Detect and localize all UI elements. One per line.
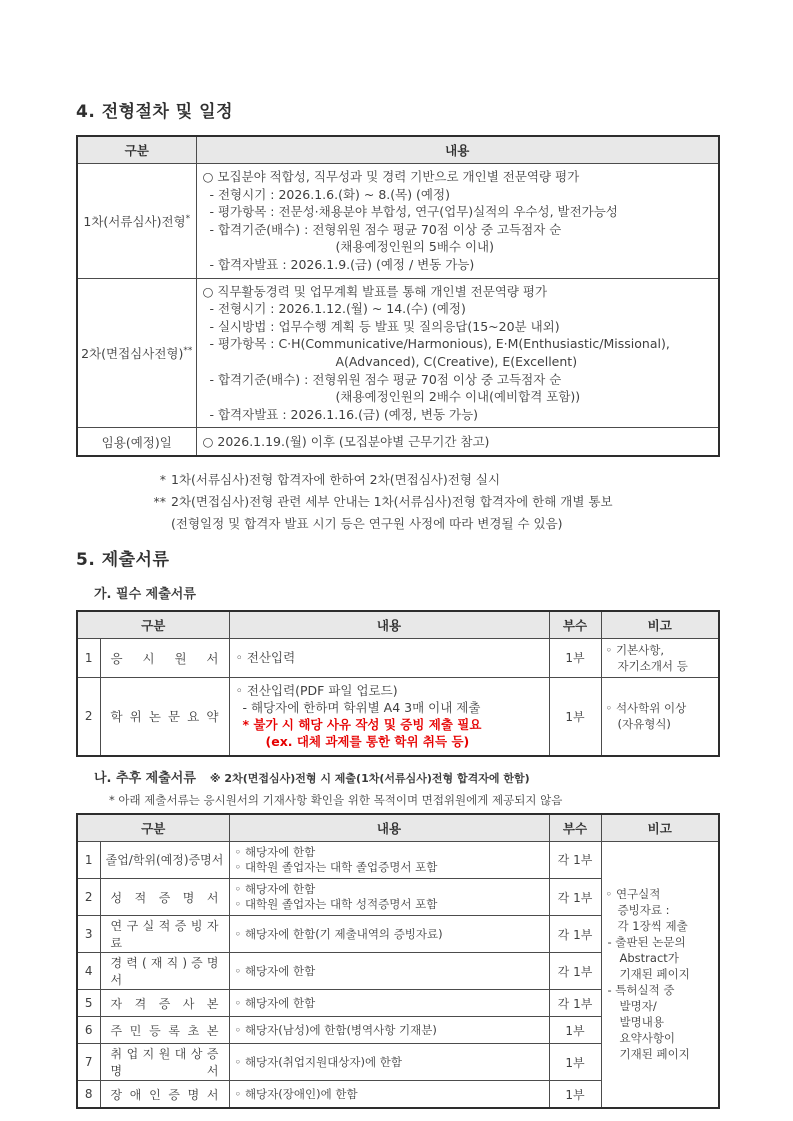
document-label: 성 적 증 명 서	[102, 889, 228, 906]
table-row: 1졸업/학위(예정)증명서◦ 해당자에 한함◦ 대학원 졸업자는 대학 졸업증명…	[77, 841, 719, 878]
row-number: 1	[77, 638, 100, 677]
document-content: 4. 전형절차 및 일정 구분내용1차(서류심사)전형*○ 모집분야 적합성, …	[76, 0, 718, 1109]
footnote: *1차(서류심사)전형 합격자에 한하여 2차(면접심사)전형 실시	[144, 469, 718, 491]
content-line: ◦ 해당자에 한함	[235, 882, 544, 897]
col-header-1: 내용	[196, 136, 719, 164]
document-label-cell: 주 민 등 록 초 본	[100, 1017, 229, 1044]
remark-line: ◦ 석사학위 이상	[606, 700, 715, 716]
row-number: 5	[77, 990, 100, 1017]
content-line: ◦ 해당자에 한함	[235, 845, 544, 860]
col-header-bigo: 비고	[601, 611, 719, 639]
stage-content: ○ 모집분야 적합성, 직무성과 및 경력 기반으로 개인별 전문역량 평가- …	[196, 164, 719, 279]
content-line: ◦ 해당자에 한함	[235, 964, 544, 979]
document-label-cell: 응 시 원 서	[100, 638, 229, 677]
remark-line: - 특허실적 중	[606, 982, 715, 998]
content-line: ○ 직무활동경력 및 업무계획 발표를 통해 개인별 전문역량 평가	[203, 283, 713, 301]
remark-line: - 출판된 논문의	[606, 934, 715, 950]
content-line: ◦ 대학원 졸업자는 대학 졸업증명서 포함	[235, 860, 544, 875]
footnote-marker: *	[144, 469, 166, 491]
document-label-cell: 자 격 증 사 본	[100, 990, 229, 1017]
selection-process-table-body: 구분내용1차(서류심사)전형*○ 모집분야 적합성, 직무성과 및 경력 기반으…	[77, 136, 719, 456]
stage-label: 2차(면접심사전형)**	[77, 278, 196, 428]
content-line: (채용예정인원의 5배수 이내)	[203, 238, 713, 256]
copy-count: 각 1부	[549, 841, 601, 878]
section4-title: 4. 전형절차 및 일정	[76, 0, 718, 122]
content-line: ◦ 해당자(취업지원대상자)에 한함	[235, 1055, 544, 1070]
row-number: 8	[77, 1081, 100, 1108]
copy-count: 1부	[549, 1081, 601, 1108]
section5-title: 5. 제출서류	[76, 545, 718, 570]
content-line: ◦ 전산입력	[236, 649, 543, 666]
content-line: (채용예정인원의 2배수 이내(예비합격 포함))	[203, 388, 713, 406]
remark-cell-merged: ◦ 연구실적증빙자료 :각 1장씩 제출- 출판된 논문의Abstract가기재…	[601, 841, 719, 1108]
remark-line: 자기소개서 등	[606, 658, 715, 674]
remark-line: 기재된 페이지	[606, 966, 715, 982]
stage-content: ○ 직무활동경력 및 업무계획 발표를 통해 개인별 전문역량 평가- 전형시기…	[196, 278, 719, 428]
document-label-cell: 연 구 실 적 증 빙 자 료	[100, 916, 229, 953]
content-line: A(Advanced), C(Creative), E(Excellent)	[203, 353, 713, 371]
copy-count: 1부	[549, 1044, 601, 1081]
col-header-gubun: 구분	[77, 814, 229, 842]
remark-line: 각 1장씩 제출	[606, 918, 715, 934]
document-label: 취 업 지 원 대 상 증 명 서	[102, 1045, 228, 1079]
footnote-text: (전형일정 및 합격자 발표 시기 등은 연구원 사정에 따라 변경될 수 있음…	[171, 513, 563, 535]
row-number: 3	[77, 916, 100, 953]
footnote: (전형일정 및 합격자 발표 시기 등은 연구원 사정에 따라 변경될 수 있음…	[144, 513, 718, 535]
copy-count: 각 1부	[549, 916, 601, 953]
col-header-naeyong: 내용	[229, 611, 549, 639]
document-label: 주 민 등 록 초 본	[102, 1022, 228, 1039]
remark-line: 발명자/	[606, 998, 715, 1014]
stage-content: ○ 2026.1.19.(월) 이후 (모집분야별 근무기간 참고)	[196, 428, 719, 456]
later-documents-inline-note: ※ 2차(면접심사)전형 시 제출(1차(서류심사)전형 합격자에 한함)	[210, 770, 530, 786]
document-content: ◦ 해당자에 한함◦ 대학원 졸업자는 대학 성적증명서 포함	[229, 879, 549, 916]
copy-count: 각 1부	[549, 879, 601, 916]
document-content: ◦ 해당자(취업지원대상자)에 한함	[229, 1044, 549, 1081]
content-line: - 합격기준(배수) : 전형위원 점수 평균 70점 이상 중 고득점자 순	[203, 371, 713, 389]
copy-count: 각 1부	[549, 953, 601, 990]
later-documents-heading: 나. 추후 제출서류 ※ 2차(면접심사)전형 시 제출(1차(서류심사)전형 …	[76, 767, 718, 786]
document-label-cell: 졸업/학위(예정)증명서	[100, 841, 229, 878]
col-header-busu: 부수	[549, 814, 601, 842]
col-header-busu: 부수	[549, 611, 601, 639]
document-label: 경 력 ( 재 직 ) 증 명 서	[102, 954, 228, 988]
document-label-cell: 경 력 ( 재 직 ) 증 명 서	[100, 953, 229, 990]
document-label: 응 시 원 서	[102, 649, 228, 667]
document-content: ◦ 해당자에 한함	[229, 990, 549, 1017]
table-row: 1차(서류심사)전형*○ 모집분야 적합성, 직무성과 및 경력 기반으로 개인…	[77, 164, 719, 279]
footnote-marker: **	[183, 346, 192, 356]
remark-line: 발명내용	[606, 1014, 715, 1030]
document-content: ◦ 전산입력(PDF 파일 업로드)- 해당자에 한하며 학위별 A4 3매 이…	[229, 677, 549, 755]
selection-footnotes: *1차(서류심사)전형 합격자에 한하여 2차(면접심사)전형 실시**2차(면…	[76, 469, 718, 535]
table-header-row: 구분내용	[77, 136, 719, 164]
remark-line: ◦ 연구실적	[606, 886, 715, 902]
remark-line: 증빙자료 :	[606, 902, 715, 918]
content-line: ◦ 해당자(남성)에 한함(병역사항 기재분)	[235, 1023, 544, 1038]
content-line: - 해당자에 한하며 학위별 A4 3매 이내 제출	[236, 699, 543, 716]
content-line: - 합격자발표 : 2026.1.16.(금) (예정, 변동 가능)	[203, 406, 713, 424]
required-documents-heading: 가. 필수 제출서류	[76, 583, 718, 602]
document-label: 학 위 논 문 요 약	[102, 707, 228, 725]
col-header-bigo: 비고	[601, 814, 719, 842]
table-row: 임용(예정)일○ 2026.1.19.(월) 이후 (모집분야별 근무기간 참고…	[77, 428, 719, 456]
footnote-text: 1차(서류심사)전형 합격자에 한하여 2차(면접심사)전형 실시	[171, 469, 500, 491]
content-line: - 실시방법 : 업무수행 계획 등 발표 및 질의응답(15~20분 내외)	[203, 318, 713, 336]
row-number: 2	[77, 677, 100, 755]
table-header-row: 구분내용부수비고	[77, 611, 719, 639]
required-documents-table-body: 구분내용부수비고1응 시 원 서◦ 전산입력1부◦ 기본사항,자기소개서 등2학…	[77, 611, 719, 756]
row-number: 7	[77, 1044, 100, 1081]
copy-count: 1부	[549, 638, 601, 677]
footnote-marker: **	[144, 491, 166, 513]
document-label: 연 구 실 적 증 빙 자 료	[102, 917, 228, 951]
content-line: ◦ 전산입력(PDF 파일 업로드)	[236, 682, 543, 699]
table-row: 2차(면접심사전형)**○ 직무활동경력 및 업무계획 발표를 통해 개인별 전…	[77, 278, 719, 428]
content-line: ◦ 해당자에 한함	[235, 996, 544, 1011]
remark-line: 기재된 페이지	[606, 1046, 715, 1062]
row-number: 4	[77, 953, 100, 990]
content-line: - 평가항목 : C·H(Communicative/Harmonious), …	[203, 335, 713, 353]
document-label-cell: 취 업 지 원 대 상 증 명 서	[100, 1044, 229, 1081]
later-documents-note: * 아래 제출서류는 응시원서의 기재사항 확인을 위한 목적이며 면접위원에게…	[76, 792, 718, 808]
copy-count: 1부	[549, 1017, 601, 1044]
content-line: - 합격기준(배수) : 전형위원 점수 평균 70점 이상 중 고득점자 순	[203, 221, 713, 239]
table-row: 2학 위 논 문 요 약◦ 전산입력(PDF 파일 업로드)- 해당자에 한하며…	[77, 677, 719, 755]
later-documents-table-body: 구분내용부수비고1졸업/학위(예정)증명서◦ 해당자에 한함◦ 대학원 졸업자는…	[77, 814, 719, 1108]
document-content: ◦ 전산입력	[229, 638, 549, 677]
content-line: - 전형시기 : 2026.1.6.(화) ~ 8.(목) (예정)	[203, 186, 713, 204]
footnote-marker: *	[186, 214, 191, 224]
warning-line: (ex. 대체 과제를 통한 학위 취득 등)	[236, 733, 543, 750]
document-content: ◦ 해당자에 한함	[229, 953, 549, 990]
col-header-gubun: 구분	[77, 611, 229, 639]
document-label: 장 애 인 증 명 서	[102, 1086, 228, 1103]
remark-line: (자유형식)	[606, 716, 715, 732]
row-number: 1	[77, 841, 100, 878]
document-label-cell: 장 애 인 증 명 서	[100, 1081, 229, 1108]
remark-cell: ◦ 석사학위 이상(자유형식)	[601, 677, 719, 755]
document-label: 졸업/학위(예정)증명서	[102, 851, 228, 868]
document-label-cell: 학 위 논 문 요 약	[100, 677, 229, 755]
content-line: ◦ 해당자에 한함(기 제출내역의 증빙자료)	[235, 927, 544, 942]
col-header-0: 구분	[77, 136, 196, 164]
warning-line: * 불가 시 해당 사유 작성 및 증빙 제출 필요	[236, 716, 543, 733]
col-header-naeyong: 내용	[229, 814, 549, 842]
row-number: 2	[77, 879, 100, 916]
row-number: 6	[77, 1017, 100, 1044]
footnote-text: 2차(면접심사)전형 관련 세부 안내는 1차(서류심사)전형 합격자에 한해 …	[171, 491, 613, 513]
remark-line: 요약사항이	[606, 1030, 715, 1046]
document-content: ◦ 해당자(장애인)에 한함	[229, 1081, 549, 1108]
copy-count: 각 1부	[549, 990, 601, 1017]
content-line: ○ 모집분야 적합성, 직무성과 및 경력 기반으로 개인별 전문역량 평가	[203, 168, 713, 186]
content-line: - 합격자발표 : 2026.1.9.(금) (예정 / 변동 가능)	[203, 256, 713, 274]
document-label: 자 격 증 사 본	[102, 995, 228, 1012]
content-line: ◦ 해당자(장애인)에 한함	[235, 1087, 544, 1102]
stage-label: 임용(예정)일	[77, 428, 196, 456]
content-line: ○ 2026.1.19.(월) 이후 (모집분야별 근무기간 참고)	[203, 433, 713, 451]
table-row: 1응 시 원 서◦ 전산입력1부◦ 기본사항,자기소개서 등	[77, 638, 719, 677]
remark-line: Abstract가	[606, 950, 715, 966]
footnote-marker	[144, 513, 166, 535]
required-documents-table: 구분내용부수비고1응 시 원 서◦ 전산입력1부◦ 기본사항,자기소개서 등2학…	[76, 610, 720, 757]
copy-count: 1부	[549, 677, 601, 755]
stage-label: 1차(서류심사)전형*	[77, 164, 196, 279]
document-content: ◦ 해당자에 한함◦ 대학원 졸업자는 대학 졸업증명서 포함	[229, 841, 549, 878]
content-line: - 평가항목 : 전문성·채용분야 부합성, 연구(업무)실적의 우수성, 발전…	[203, 203, 713, 221]
content-line: - 전형시기 : 2026.1.12.(월) ~ 14.(수) (예정)	[203, 300, 713, 318]
selection-process-table: 구분내용1차(서류심사)전형*○ 모집분야 적합성, 직무성과 및 경력 기반으…	[76, 135, 720, 457]
document-content: ◦ 해당자(남성)에 한함(병역사항 기재분)	[229, 1017, 549, 1044]
footnote: **2차(면접심사)전형 관련 세부 안내는 1차(서류심사)전형 합격자에 한…	[144, 491, 718, 513]
document-label-cell: 성 적 증 명 서	[100, 879, 229, 916]
content-line: ◦ 대학원 졸업자는 대학 성적증명서 포함	[235, 897, 544, 912]
document-content: ◦ 해당자에 한함(기 제출내역의 증빙자료)	[229, 916, 549, 953]
later-documents-heading-text: 나. 추후 제출서류	[94, 767, 196, 786]
remark-cell: ◦ 기본사항,자기소개서 등	[601, 638, 719, 677]
document-page: 4. 전형절차 및 일정 구분내용1차(서류심사)전형*○ 모집분야 적합성, …	[0, 0, 793, 1121]
table-header-row: 구분내용부수비고	[77, 814, 719, 842]
later-documents-table: 구분내용부수비고1졸업/학위(예정)증명서◦ 해당자에 한함◦ 대학원 졸업자는…	[76, 813, 720, 1109]
remark-line: ◦ 기본사항,	[606, 642, 715, 658]
